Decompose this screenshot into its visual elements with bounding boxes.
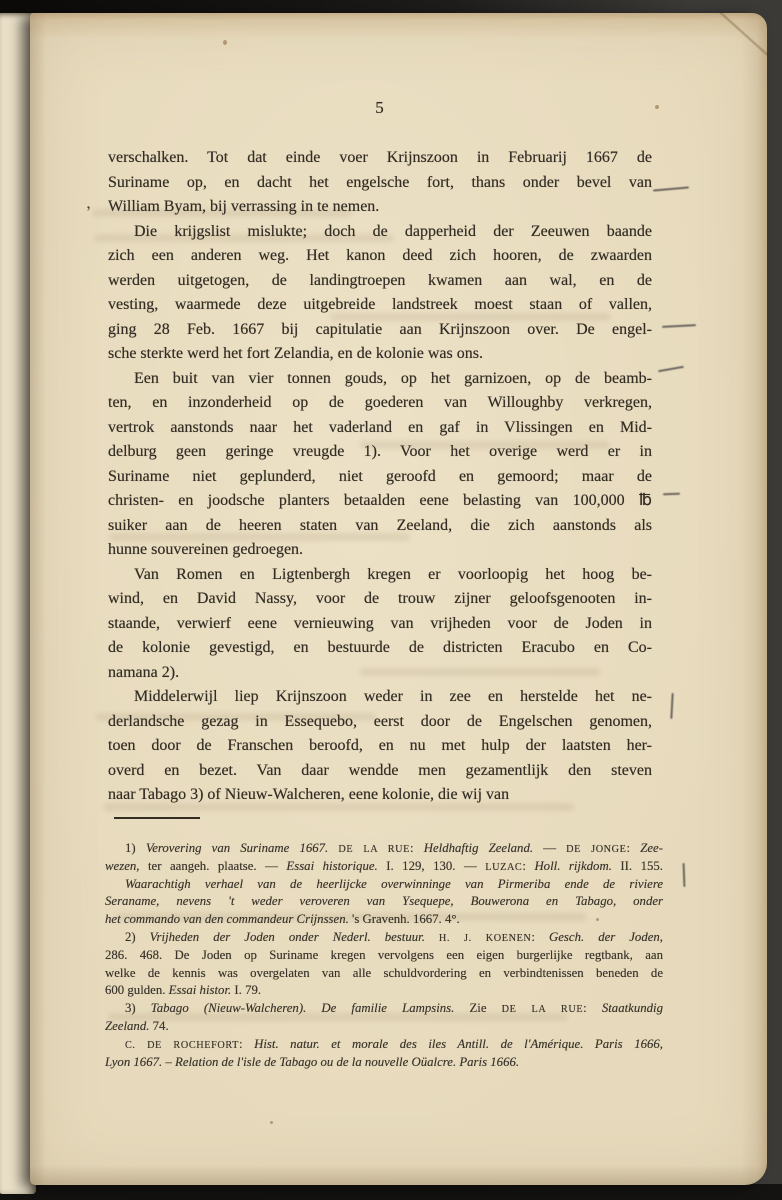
footnote-text-segment: :	[410, 841, 424, 855]
footnote-line: Seraname, nevens 't weder veroveren van …	[105, 893, 663, 911]
footnote-text-segment: welke de kennis was overgelaten van alle…	[105, 966, 663, 980]
footnote-text-segment: 's Gravenh. 1667. 4°.	[352, 912, 460, 926]
book-page: , 5 verschalken. Tot dat einde voer Krij…	[30, 13, 767, 1185]
footnote-text-segment: 2)	[125, 930, 150, 944]
paragraph: Van Romen en Ligtenbergh kregen er voorl…	[108, 563, 652, 686]
text-line: Suriname niet geplunderd, niet geroofd e…	[108, 465, 652, 490]
pencil-mark	[683, 863, 686, 887]
text-line: overd en bezet. Van daar wendde men geza…	[108, 759, 652, 784]
footnote-line: 1) Verovering van Suriname 1667. DE LA R…	[105, 840, 663, 858]
text-line: vertrok aanstonds naar het vaderland en …	[108, 416, 652, 441]
paragraph: verschalken. Tot dat einde voer Krijnszo…	[108, 146, 652, 220]
footnote-text-segment: wezen,	[105, 859, 148, 873]
text-line: verschalken. Tot dat einde voer Krijnszo…	[108, 146, 652, 171]
footnote-line: Waarachtigh verhael van de heerlijcke ov…	[105, 876, 663, 894]
text-line: naar Tabago 3) of Nieuw-Walcheren, eene …	[108, 783, 652, 808]
footnote-line: het commando van den commandeur Crijnsse…	[105, 911, 663, 929]
pencil-mark	[658, 366, 684, 373]
pencil-mark	[653, 186, 689, 192]
text-line: toen door de Franschen beroofd, en nu me…	[108, 734, 652, 759]
text-line: Middelerwijl liep Krijnszoon weder in ze…	[108, 685, 652, 710]
footnote-text-segment: :	[522, 859, 534, 873]
footnote-text-segment: Essai histor.	[169, 983, 235, 997]
footnote-text-segment: ter aangeh. plaatse. —	[148, 859, 286, 873]
text-line: staande, verwierf eene vernieuwing van v…	[108, 612, 652, 637]
footnote-line: 2) Vrijheden der Joden onder Nederl. bes…	[105, 929, 663, 947]
footnote-text-segment: I. 79.	[234, 983, 261, 997]
footnote-text-segment: Zie	[469, 1001, 501, 1015]
footnotes: 1) Verovering van Suriname 1667. DE LA R…	[105, 840, 663, 1071]
footnote-text-segment: H. J. KOENEN	[439, 933, 532, 944]
footnote-text-segment: :	[583, 1001, 602, 1015]
footnote-line: Zeeland. 74.	[105, 1018, 663, 1036]
pencil-mark	[662, 324, 696, 328]
footnote-line: C. DE ROCHEFORT: Hist. natur. et morale …	[105, 1036, 663, 1054]
corner-fold-crease	[697, 13, 767, 69]
footnote-text-segment: Hist. natur. et morale des iles Antill. …	[254, 1037, 663, 1051]
footnote-text-segment: Staatkundig	[602, 1001, 663, 1015]
footnote-text-segment: DE JONGE	[566, 844, 626, 855]
footnote-text-segment: II. 155.	[620, 859, 663, 873]
pencil-mark: ,	[85, 193, 91, 213]
footnote-text-segment: 74.	[153, 1019, 169, 1033]
footnote-text-segment: Waarachtigh verhael van de heerlijcke ov…	[125, 877, 663, 891]
body-text: verschalken. Tot dat einde voer Krijnszo…	[108, 146, 652, 808]
footnote-text-segment: Lyon 1667. – Relation de l'isle de Tabag…	[105, 1055, 519, 1069]
footnote-text-segment: 286. 468. De Joden op Suriname kregen ve…	[105, 948, 663, 962]
pencil-mark	[670, 693, 674, 719]
footnote-text-segment: 3)	[125, 1001, 151, 1015]
footnote-text-segment: I. 129, 130. —	[386, 859, 485, 873]
scan-bottom-shadow	[0, 1184, 782, 1200]
footnote-text-segment: DE LA RUE	[338, 844, 410, 855]
footnote-line: welke de kennis was overgelaten van alle…	[105, 965, 663, 983]
text-line: hunne souvereinen gedroegen.	[108, 538, 652, 563]
text-line: werden uitgetogen, de landingtroepen kwa…	[108, 269, 652, 294]
footnote-text-segment: 1)	[125, 841, 146, 855]
footnote-text-segment: Heldhaftig Zeeland.	[424, 841, 543, 855]
text-line: Suriname op, en dacht het engelsche fort…	[108, 171, 652, 196]
text-line: derlandsche gezag in Essequebo, eerst do…	[108, 710, 652, 735]
footnote-text-segment: Gesch. der Joden,	[549, 930, 663, 944]
footnote-text-segment: Tabago (Nieuw-Walcheren). De familie Lam…	[151, 1001, 470, 1015]
footnote-text-segment: :	[627, 841, 641, 855]
text-line: namana 2).	[108, 661, 652, 686]
footnote-line: Lyon 1667. – Relation de l'isle de Tabag…	[105, 1054, 663, 1072]
footnote-text-segment: Zeeland.	[105, 1019, 153, 1033]
footnote-separator	[114, 817, 200, 819]
paragraph: Middelerwijl liep Krijnszoon weder in ze…	[108, 685, 652, 808]
footnote-text-segment: Zee-	[640, 841, 663, 855]
footnote-text-segment: C. DE ROCHEFORT	[125, 1040, 239, 1051]
footnote-text-segment: DE LA RUE	[502, 1004, 584, 1015]
scanned-book-photo: { "colors": { "paper": "#e7dabc", "under…	[0, 0, 782, 1200]
text-line: de kolonie gevestigd, en bestuurde de di…	[108, 636, 652, 661]
footnote-line: wezen, ter aangeh. plaatse. — Essai hist…	[105, 858, 663, 876]
footnote-text-segment: Seraname, nevens 't weder veroveren van …	[105, 894, 663, 908]
text-line: ten, en inzonderheid op de goederen van …	[108, 391, 652, 416]
footnote-text-segment: 600 gulden.	[105, 983, 169, 997]
footnote-line: 600 gulden. Essai histor. I. 79.	[105, 982, 663, 1000]
text-line: sche sterkte werd het fort Zelandia, en …	[108, 342, 652, 367]
footnote-text-segment: Vrijheden der Joden onder Nederl. bestuu…	[150, 930, 439, 944]
text-line: delburg geen geringe vreugde 1). Voor he…	[108, 440, 652, 465]
text-line: Die krijgslist mislukte; doch de dapperh…	[108, 220, 652, 245]
text-line: Een buit van vier tonnen gouds, op het g…	[108, 367, 652, 392]
text-line: christen- en joodsche planters betaalden…	[108, 489, 652, 514]
footnote-line: 3) Tabago (Nieuw-Walcheren). De familie …	[105, 1000, 663, 1018]
paper-speck	[270, 1121, 273, 1124]
text-line: Van Romen en Ligtenbergh kregen er voorl…	[108, 563, 652, 588]
page-number: 5	[108, 98, 652, 118]
paper-speck	[655, 105, 659, 109]
footnote-text-segment: :	[239, 1037, 254, 1051]
paper-speck	[223, 40, 227, 45]
footnote-text-segment: Holl. rijkdom.	[534, 859, 620, 873]
footnote-text-segment: :	[531, 930, 549, 944]
text-line: William Byam, bij verrassing in te nemen…	[108, 195, 652, 220]
footnote-text-segment: —	[543, 841, 566, 855]
text-line: zich een anderen weg. Het kanon deed zic…	[108, 244, 652, 269]
pencil-mark	[663, 493, 680, 496]
text-line: wind, en David Nassy, voor de trouw zijn…	[108, 587, 652, 612]
footnote-text-segment: Essai historique.	[286, 859, 386, 873]
paragraph: Die krijgslist mislukte; doch de dapperh…	[108, 220, 652, 367]
text-line: suiker aan de heeren staten van Zeeland,…	[108, 514, 652, 539]
footnote-line: 286. 468. De Joden op Suriname kregen ve…	[105, 947, 663, 965]
footnote-text-segment: LUZAC	[485, 862, 522, 873]
text-line: ging 28 Feb. 1667 bij capitulatie aan Kr…	[108, 318, 652, 343]
footnote-text-segment: Verovering van Suriname 1667.	[146, 841, 339, 855]
footnote-text-segment: het commando van den commandeur Crijnsse…	[105, 912, 352, 926]
paragraph: Een buit van vier tonnen gouds, op het g…	[108, 367, 652, 563]
text-line: vesting, waarmede deze uitgebreide lands…	[108, 293, 652, 318]
